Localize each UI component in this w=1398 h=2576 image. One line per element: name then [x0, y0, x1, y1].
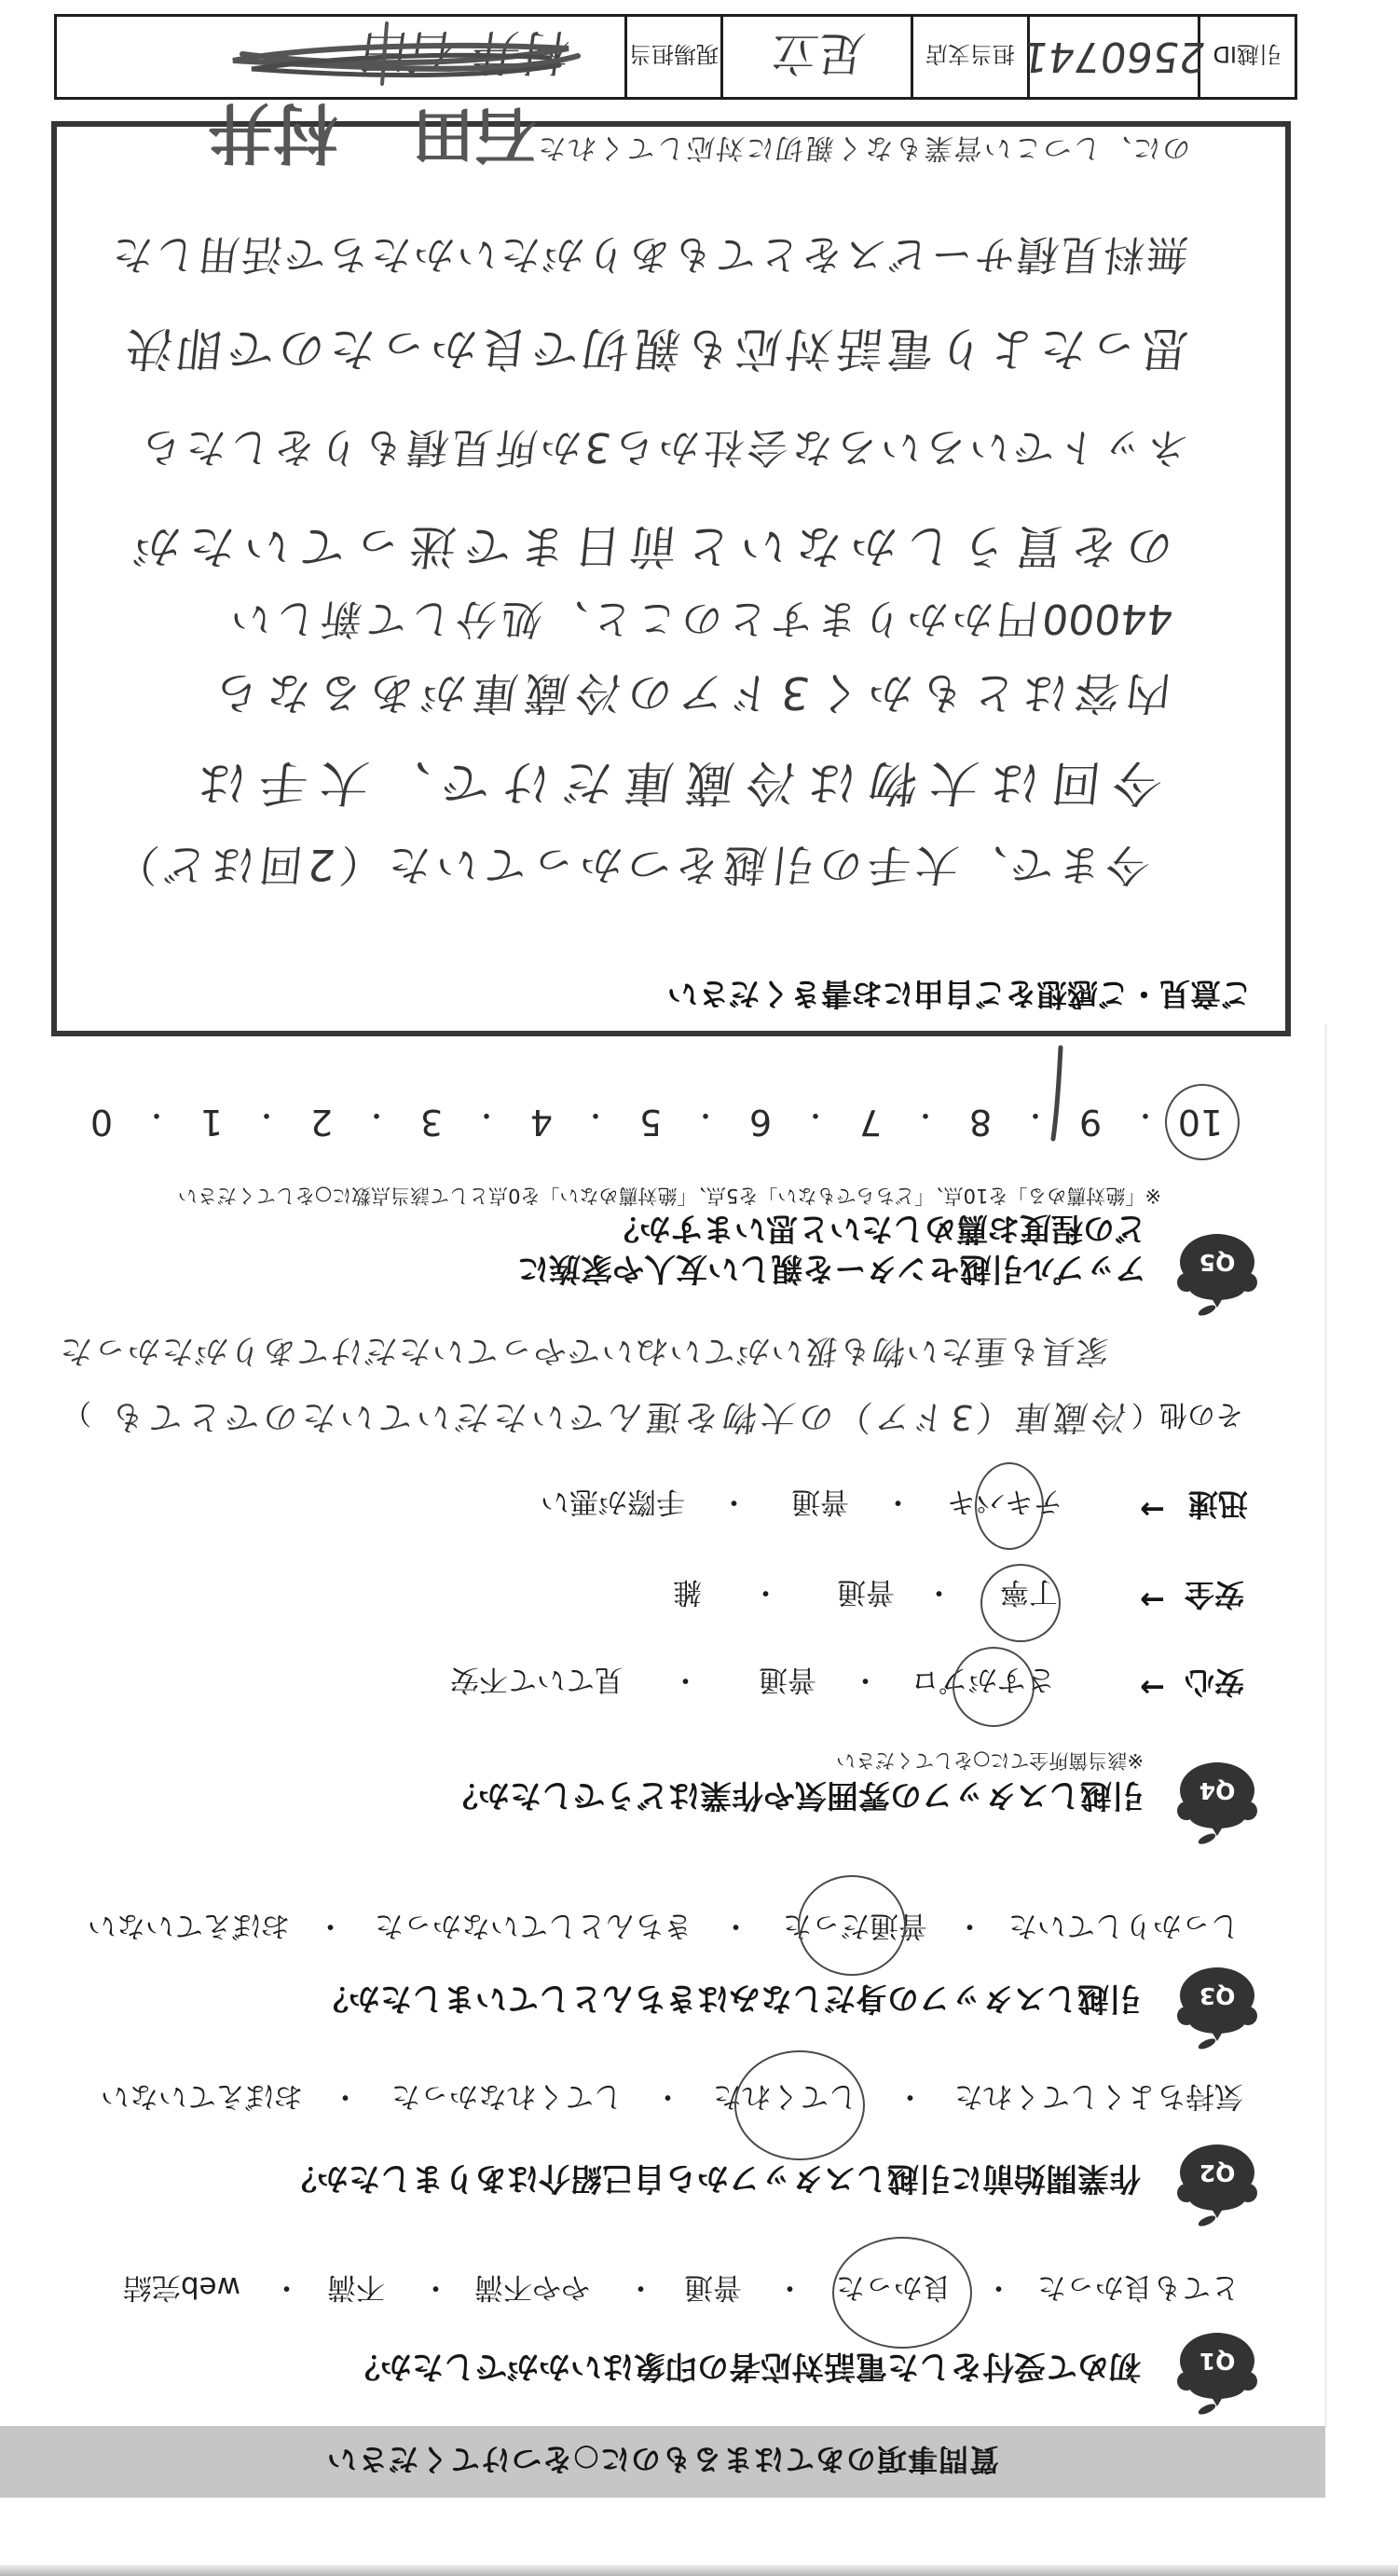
- survey-sheet: 質問事項のあてはまるものに○をつけてください Q1 初めて受付をした電話対応者の…: [0, 0, 1398, 2576]
- comment-handwritten-line: 今回は大物は冷蔵庫だけで、大手は: [194, 752, 1165, 822]
- q1-option-dissatisfied: 不満: [327, 2269, 385, 2311]
- separator-dot: ・: [473, 1097, 500, 1138]
- q1-question: 初めて受付をした電話対応者の印象はいかがでしたか？: [349, 2347, 1141, 2392]
- q3-option-neat: しっかりしていた: [1008, 1908, 1240, 1950]
- q4-badge: Q4: [1176, 1760, 1258, 1845]
- separator-dot: ・: [1131, 1097, 1159, 1138]
- separator-dot: ・: [627, 2269, 655, 2311]
- separator-dot: ・: [925, 1574, 953, 1616]
- handdrawn-circle-mark: [734, 2050, 865, 2160]
- branch-label-cell: 担当支店: [911, 17, 1026, 97]
- q3-option-not-neat: きちんとしていなかった: [375, 1908, 692, 1950]
- q4-other-handwritten-line: 家具も重たい物も扱いがていねいでやっていただけてありがたかった: [57, 1330, 1110, 1377]
- score-3: 3: [404, 1102, 459, 1143]
- site-staff-value-cell: 村井 石田: [57, 17, 624, 97]
- q5-question-line: どの程度お薦めしたいと思いますか？: [608, 1209, 1146, 1254]
- site-staff-label: 現場担当: [629, 41, 719, 74]
- q4-reassurance-option-average: 普通: [759, 1662, 816, 1704]
- handdrawn-circle-mark: [832, 2237, 972, 2349]
- comment-handwritten-line: 無料見積サービスをとてもありがたいかたちで活用した: [109, 228, 1191, 288]
- q4-other-handwritten-line: 冷蔵庫（3ドア）の大物を運んでいただいていたのでとても: [107, 1395, 1129, 1446]
- separator-dot: ・: [956, 1908, 984, 1950]
- handdrawn-circle-mark: [1165, 1084, 1240, 1160]
- separator-dot: ・: [852, 1662, 880, 1704]
- comment-handwritten-line: 今まで、大手の引越をつかっていた（2回ほど）: [113, 837, 1153, 898]
- arrow-right-icon: →: [1140, 1492, 1165, 1528]
- q2-option-dont-remember: おぼえていない: [101, 2078, 303, 2120]
- score-1: 1: [184, 1102, 240, 1143]
- q4-speed-option-average: 普通: [791, 1484, 849, 1526]
- separator-dot: ・: [582, 1097, 610, 1138]
- move-id-value-cell: 2560741: [1027, 17, 1198, 97]
- q2-badge: Q2: [1176, 2142, 1258, 2227]
- comment-handwritten-line: 思ったより電話対応も親切で良かったので即決: [122, 319, 1191, 386]
- q2-question: 作業開始前に引越しスタッフから自己紹介はありましたか？: [285, 2158, 1141, 2204]
- comment-handwritten-line: のに、しつこい営業もなく親切に対応してくれた: [536, 130, 1193, 171]
- q3-question: 引越しスタッフの身だしなみはきちんとしていましたか？: [317, 1979, 1141, 2024]
- score-0: 0: [74, 1102, 130, 1143]
- site-staff-label-cell: 現場担当: [624, 17, 720, 97]
- staff-signature: 石田: [413, 96, 536, 185]
- q4-safety-option-average: 普通: [837, 1574, 895, 1616]
- comment-heading: ご意見・ご感想をご自由にお書きください: [667, 974, 1252, 1018]
- q5-badge: Q5: [1176, 1231, 1258, 1317]
- branch-value-cell: 足立: [720, 17, 911, 97]
- comment-handwritten-line: ネットでいろいろな会社から3か所見積もりをしたら: [138, 421, 1191, 481]
- q4-badge-label: Q4: [1176, 1777, 1258, 1804]
- instruction-banner: 質問事項のあてはまるものに○をつけてください: [0, 2426, 1325, 2498]
- q3-option-dont-remember: おぼえていない: [88, 1908, 290, 1950]
- q4-question: 引越しスタッフの雰囲気や作業はどうでしたか？: [446, 1775, 1144, 1821]
- separator-dot: ・: [273, 2269, 301, 2311]
- q4-note: ※該当箇所全てに○をしてください: [836, 1747, 1144, 1775]
- branch-label: 担当支店: [925, 41, 1015, 74]
- score-6: 6: [733, 1102, 788, 1143]
- q5-question-line: アップル引越センターを親しい友人や家族に: [517, 1249, 1146, 1295]
- handdrawn-circle-mark: [980, 1564, 1061, 1642]
- handdrawn-circle-mark: [798, 1875, 906, 1976]
- q1-option-somewhat-dissatisfied: やや不満: [474, 2269, 590, 2311]
- q4-other-label: その他（: [1131, 1397, 1243, 1438]
- paper-edge: [1324, 1024, 1327, 2427]
- pen-stroke-mark: [1025, 1038, 1081, 1150]
- separator-dot: ・: [911, 1097, 939, 1138]
- scanner-shadow: [0, 2565, 1398, 2576]
- handdrawn-circle-mark: [975, 1462, 1044, 1550]
- separator-dot: ・: [802, 1097, 829, 1138]
- q2-option-no: してくれなかった: [391, 2078, 623, 2120]
- scribble-strikeout: [214, 19, 587, 93]
- comment-handwritten-line: 44000円かかりますとのこと、処分して新しい: [227, 593, 1176, 652]
- score-2: 2: [294, 1102, 349, 1143]
- move-id-label-cell: 引越ID: [1198, 17, 1295, 97]
- staff-signature: 村井: [208, 90, 338, 185]
- separator-dot: ・: [253, 1097, 281, 1138]
- q1-badge-label: Q1: [1176, 2348, 1258, 2375]
- move-id-label: 引越ID: [1213, 41, 1281, 74]
- q2-option-pleasant: 気持ちよくしてくれた: [954, 2078, 1243, 2120]
- separator-dot: ・: [317, 1908, 345, 1950]
- q4-speed-option-clumsy: 手際が悪い: [541, 1484, 685, 1526]
- arrow-right-icon: →: [1140, 1670, 1165, 1706]
- separator-dot: ・: [143, 1097, 171, 1138]
- score-8: 8: [953, 1102, 1008, 1143]
- q4-other-close-paren: ）: [63, 1395, 91, 1436]
- separator-dot: ・: [672, 1662, 700, 1704]
- separator-dot: ・: [654, 2078, 682, 2120]
- score-4: 4: [514, 1102, 569, 1143]
- move-id-value: 2560741: [1019, 34, 1208, 81]
- q4-row-label-speed: 迅速: [1188, 1485, 1248, 1528]
- q1-option-very-good: とても良かった: [1037, 2269, 1240, 2311]
- q4-reassurance-option-uneasy: 見ていて不安: [450, 1662, 624, 1704]
- q4-row-label-reassurance: 安心: [1185, 1663, 1244, 1706]
- separator-dot: ・: [332, 2078, 360, 2120]
- q4-safety-option-rough: 雑: [673, 1574, 702, 1616]
- comment-handwritten-line: のを買うしかないと前日まで迷っていたが: [130, 516, 1176, 583]
- separator-dot: ・: [884, 1484, 912, 1526]
- q4-row-label-safety: 安全: [1185, 1575, 1244, 1618]
- header-table: 引越ID 2560741 担当支店 足立 現場担当 村井 石田: [54, 14, 1297, 100]
- branch-value: 足立: [766, 23, 869, 90]
- separator-dot: ・: [776, 2269, 804, 2311]
- separator-dot: ・: [985, 2269, 1013, 2311]
- q2-badge-label: Q2: [1176, 2159, 1258, 2186]
- separator-dot: ・: [752, 1574, 780, 1616]
- handdrawn-circle-mark: [953, 1647, 1035, 1727]
- q5-badge-label: Q5: [1176, 1249, 1258, 1276]
- score-5: 5: [623, 1102, 678, 1143]
- score-7: 7: [843, 1102, 898, 1143]
- q1-option-average: 普通: [684, 2269, 742, 2311]
- separator-dot: ・: [722, 1908, 750, 1950]
- q1-badge: Q1: [1176, 2330, 1258, 2416]
- comment-handwritten-line: 内容はともかく3ドアの冷蔵庫があるなら: [211, 665, 1173, 729]
- separator-dot: ・: [422, 2269, 450, 2311]
- q3-badge: Q3: [1176, 1965, 1258, 2050]
- separator-dot: ・: [692, 1097, 720, 1138]
- q1-option-web-complete: web完結: [123, 2269, 240, 2311]
- q3-badge-label: Q3: [1176, 1982, 1258, 2009]
- q5-note: ※「絶対薦める」を10点、「どちらでもない」を5点、「絶対薦めない」を0点として…: [178, 1183, 1161, 1211]
- arrow-right-icon: →: [1140, 1583, 1165, 1618]
- separator-dot: ・: [720, 1484, 748, 1526]
- instruction-text: 質問事項のあてはまるものに○をつけてください: [326, 2441, 999, 2484]
- separator-dot: ・: [897, 2078, 925, 2120]
- separator-dot: ・: [363, 1097, 391, 1138]
